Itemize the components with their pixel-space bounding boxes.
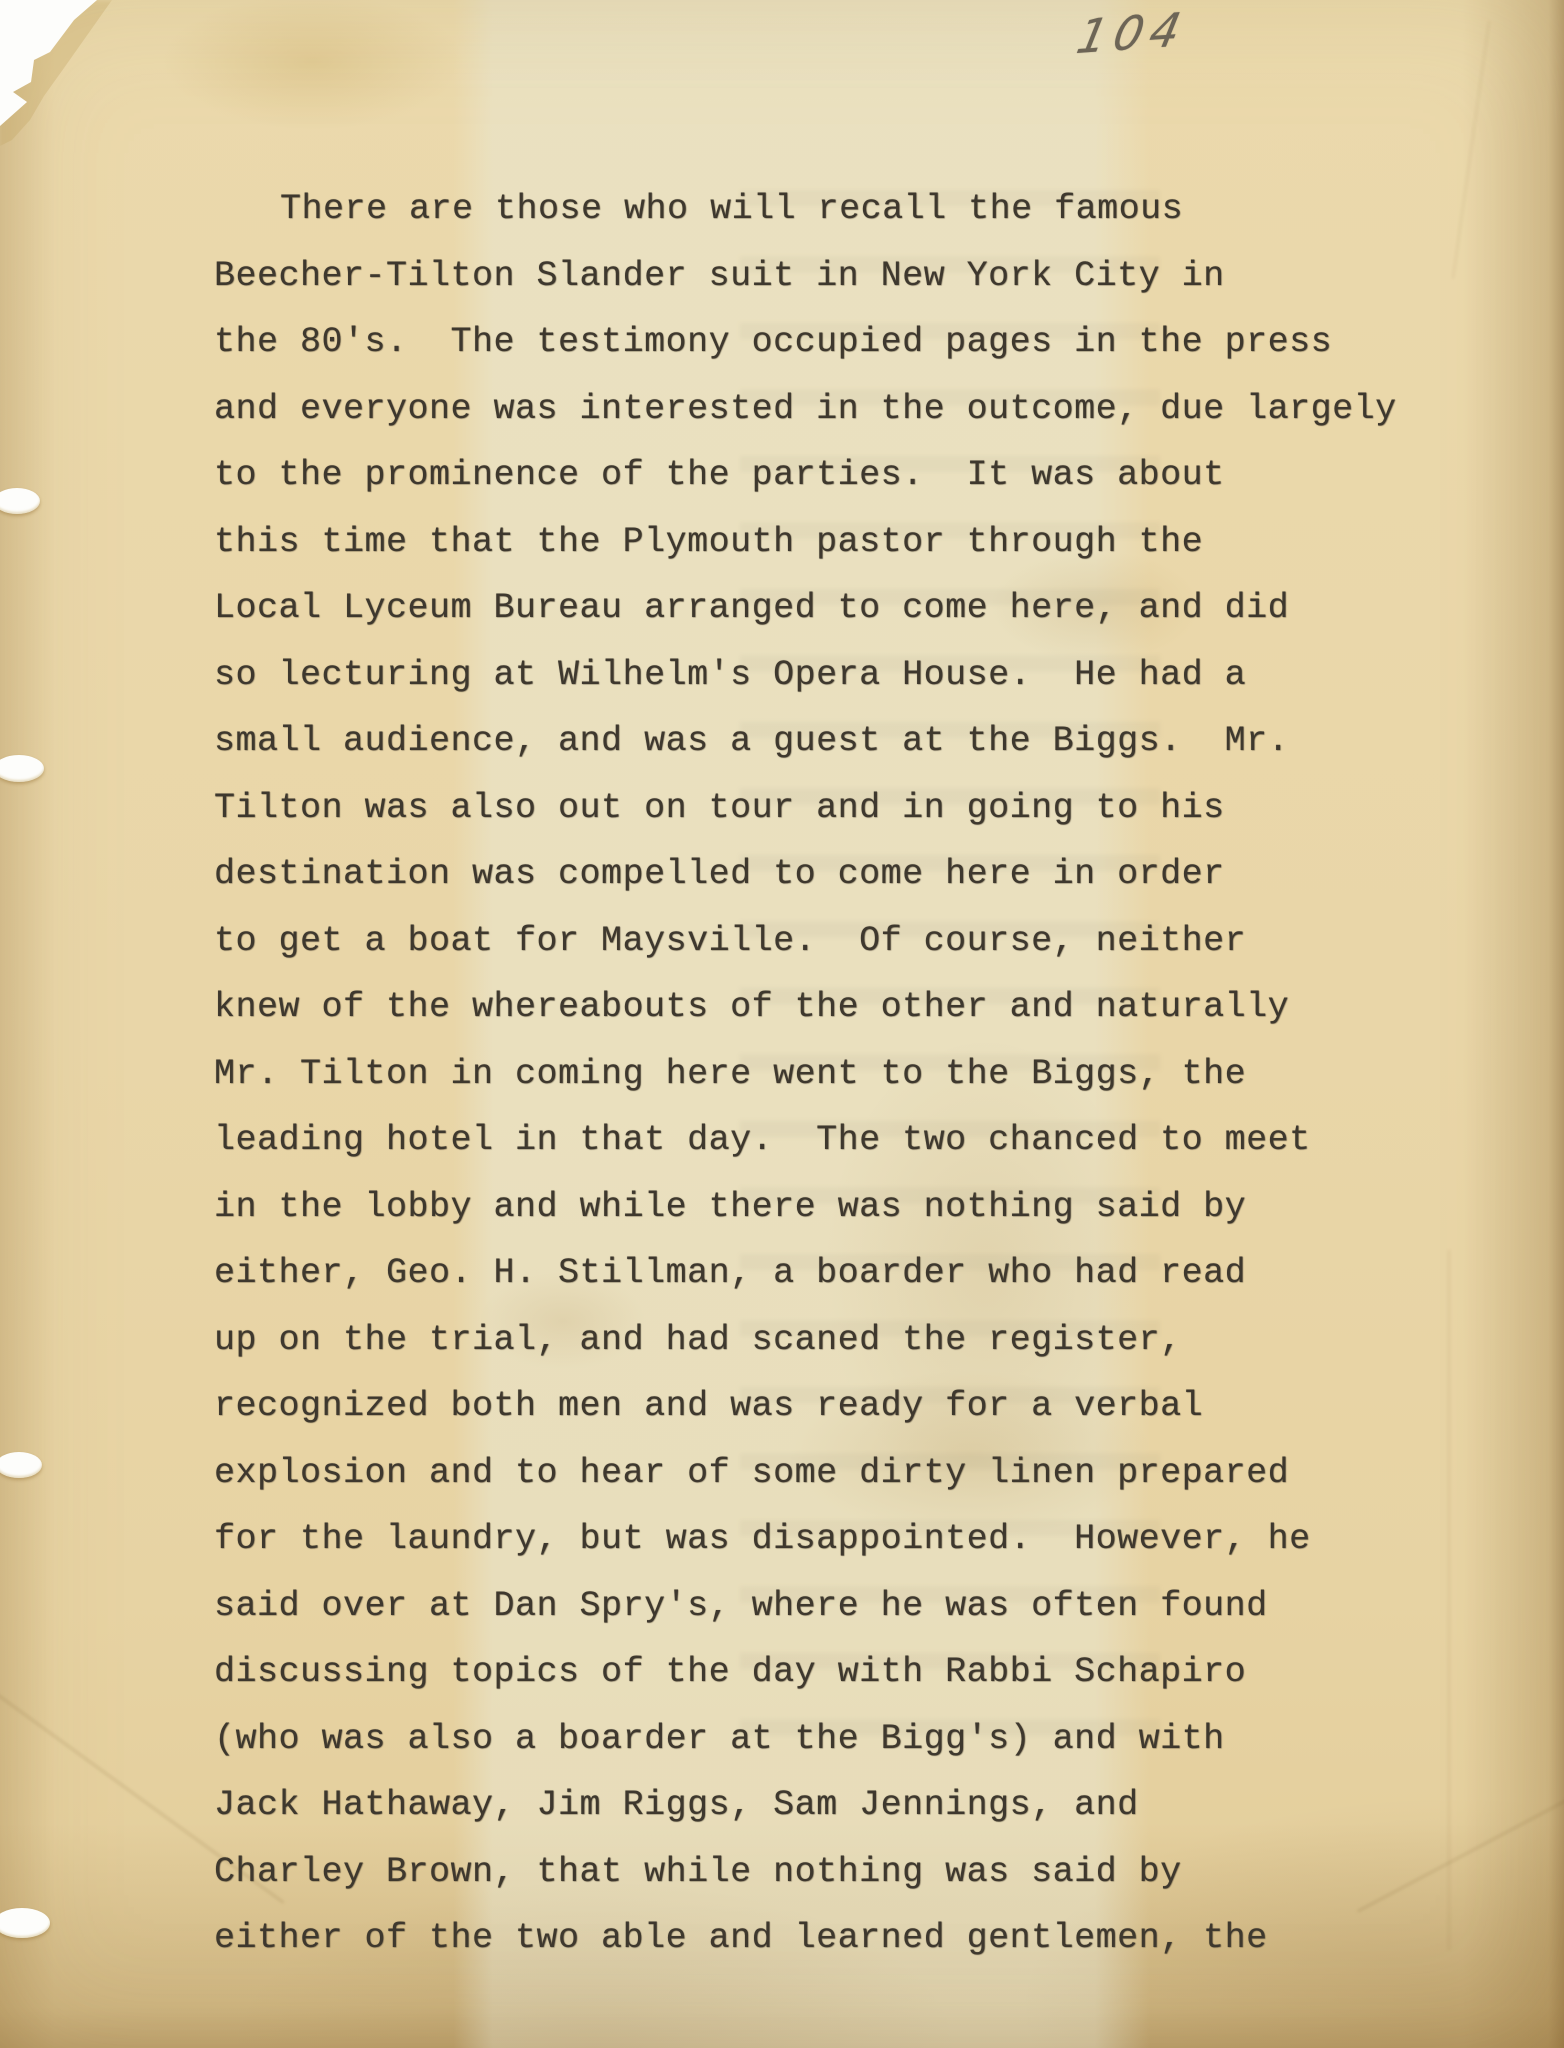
typewritten-line: for the laundry, but was disappointed. H…	[214, 1506, 1474, 1573]
punch-hole	[0, 755, 44, 782]
punch-hole	[0, 1452, 42, 1478]
typewritten-line: (who was also a boarder at the Bigg's) a…	[214, 1706, 1474, 1773]
typewritten-line: Jack Hathaway, Jim Riggs, Sam Jennings, …	[214, 1772, 1474, 1839]
typewritten-line: Mr. Tilton in coming here went to the Bi…	[214, 1041, 1474, 1108]
typewritten-line: this time that the Plymouth pastor throu…	[214, 509, 1474, 576]
typewritten-line: to get a boat for Maysville. Of course, …	[214, 908, 1474, 975]
typewritten-line: Local Lyceum Bureau arranged to come her…	[214, 575, 1474, 642]
typewritten-line: to the prominence of the parties. It was…	[214, 442, 1474, 509]
typewritten-line: destination was compelled to come here i…	[214, 841, 1474, 908]
typewritten-line: leading hotel in that day. The two chanc…	[214, 1107, 1474, 1174]
typewritten-line: either of the two able and learned gentl…	[214, 1905, 1474, 1972]
scanned-document: { "document": { "page_number": "104", "l…	[0, 0, 1564, 2048]
typewritten-line: recognized both men and was ready for a …	[214, 1373, 1474, 1440]
aged-paper-sheet: 104 There are those who will recall the …	[0, 0, 1564, 2048]
typewritten-line: so lecturing at Wilhelm's Opera House. H…	[214, 642, 1474, 709]
page-number: 104	[1072, 2, 1192, 65]
typewritten-line: small audience, and was a guest at the B…	[214, 708, 1474, 775]
typewritten-line: knew of the whereabouts of the other and…	[214, 974, 1474, 1041]
punch-hole	[0, 1908, 50, 1938]
typewritten-line: Charley Brown, that while nothing was sa…	[214, 1839, 1474, 1906]
typewritten-line: discussing topics of the day with Rabbi …	[214, 1639, 1474, 1706]
typewritten-line: in the lobby and while there was nothing…	[214, 1174, 1474, 1241]
punch-hole	[0, 488, 40, 514]
typewritten-line: Beecher-Tilton Slander suit in New York …	[214, 243, 1474, 310]
typewritten-line: up on the trial, and had scaned the regi…	[214, 1307, 1474, 1374]
typewritten-line: the 80's. The testimony occupied pages i…	[214, 309, 1474, 376]
typewritten-line: There are those who will recall the famo…	[214, 176, 1474, 243]
typewritten-line: said over at Dan Spry's, where he was of…	[214, 1573, 1474, 1640]
typewritten-line: and everyone was interested in the outco…	[214, 376, 1474, 443]
typewritten-line: either, Geo. H. Stillman, a boarder who …	[214, 1240, 1474, 1307]
typewritten-line: Tilton was also out on tour and in going…	[214, 775, 1474, 842]
typewritten-line: explosion and to hear of some dirty line…	[214, 1440, 1474, 1507]
typewritten-text: There are those who will recall the famo…	[214, 176, 1474, 1972]
